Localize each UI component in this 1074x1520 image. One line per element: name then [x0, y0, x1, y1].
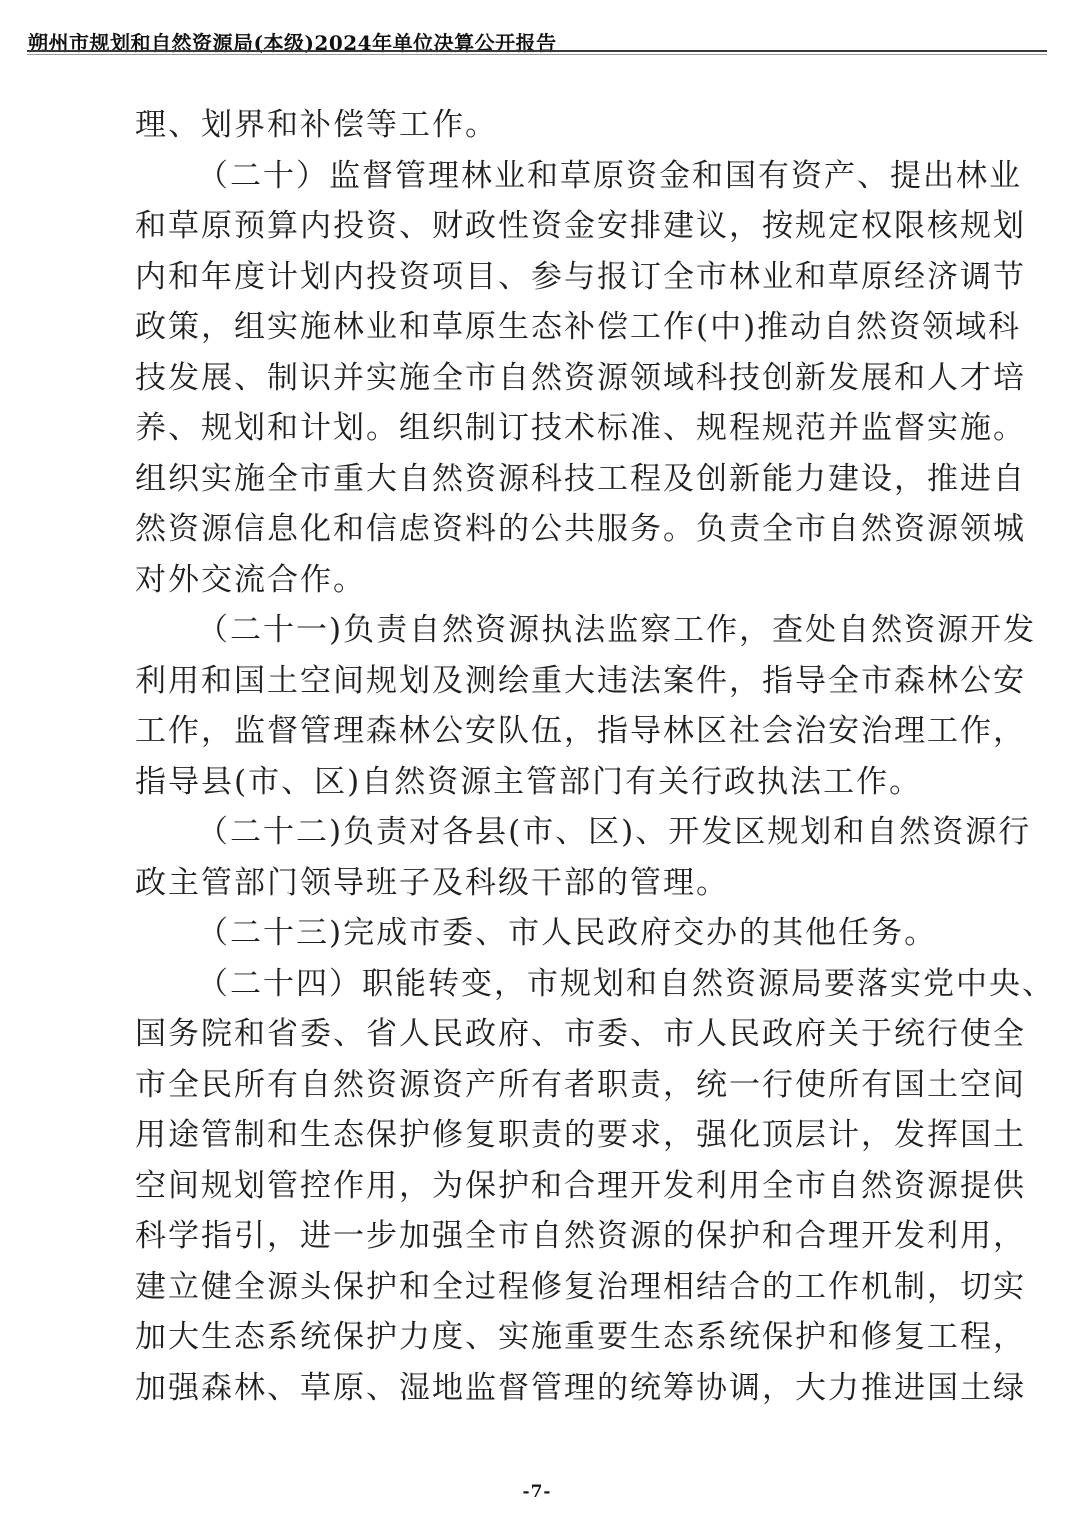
header-rule-thin-line: [27, 54, 1047, 55]
body-line: 内和年度计划内投资项目、参与报订全市林业和草原经济调节: [135, 252, 947, 303]
body-line: 指导县(市、区)自然资源主管部门有关行政执法工作。: [135, 757, 947, 808]
body-line: 市全民所有自然资源资产所有者职责，统一行使所有国土空间: [135, 1060, 947, 1111]
body-line: 理、划界和补偿等工作。: [135, 100, 947, 151]
body-line: 加大生态系统保护力度、实施重要生态系统保护和修复工程，: [135, 1312, 947, 1363]
body-line: 利用和国土空间规划及测绘重大违法案件，指导全市森林公安: [135, 656, 947, 707]
body-line: （二十三)完成市委、市人民政府交办的其他任务。: [135, 908, 947, 959]
body-line: 对外交流合作。: [135, 555, 947, 606]
page-footer: -7-: [0, 1482, 1074, 1502]
body-line: 和草原预算内投资、财政性资金安排建议，按规定权限核规划: [135, 201, 947, 252]
body-line: 组织实施全市重大自然资源科技工程及创新能力建设，推进自: [135, 454, 947, 505]
body-line: 技发展、制识并实施全市自然资源领域科技创新发展和人才培: [135, 353, 947, 404]
body-line: （二十）监督管理林业和草原资金和国有资产、提出林业: [135, 151, 947, 202]
body-line: 养、规划和计划。组织制订技术标准、规程规范并监督实施。: [135, 403, 947, 454]
body-line: 工作，监督管理森林公安队伍，指导林区社会治安治理工作，: [135, 706, 947, 757]
header-rule: [27, 50, 1047, 55]
body-line: （二十二)负责对各县(市、区)、开发区规划和自然资源行: [135, 807, 947, 858]
body-line: 政策，组实施林业和草原生态补偿工作(中)推动自然资领域科: [135, 302, 947, 353]
body-line: 国务院和省委、省人民政府、市委、市人民政府关于统行使全: [135, 1009, 947, 1060]
body-line: （二十一)负责自然资源执法监察工作，查处自然资源开发: [135, 605, 947, 656]
document-body: 理、划界和补偿等工作。（二十）监督管理林业和草原资金和国有资产、提出林业和草原预…: [135, 100, 947, 1413]
body-line: 建立健全源头保护和全过程修复治理相结合的工作机制，切实: [135, 1262, 947, 1313]
body-line: 政主管部门领导班子及科级干部的管理。: [135, 858, 947, 909]
body-line: 用途管制和生态保护修复职责的要求，强化顶层计，发挥国土: [135, 1110, 947, 1161]
body-line: 空间规划管控作用，为保护和合理开发利用全市自然资源提供: [135, 1161, 947, 1212]
body-line: （二十四）职能转变，市规划和自然资源局要落实党中央、: [135, 959, 947, 1010]
header-rule-thick-line: [27, 50, 1047, 52]
body-line: 科学指引，进一步加强全市自然资源的保护和合理开发利用，: [135, 1211, 947, 1262]
document-page: 朔州市规划和自然资源局(本级)2024年单位决算公开报告 理、划界和补偿等工作。…: [0, 0, 1074, 1520]
body-line: 加强森林、草原、湿地监督管理的统筹协调，大力推进国土绿: [135, 1363, 947, 1414]
body-line: 然资源信息化和信虑资料的公共服务。负责全市自然资源领城: [135, 504, 947, 555]
page-number: -7-: [523, 1482, 552, 1502]
